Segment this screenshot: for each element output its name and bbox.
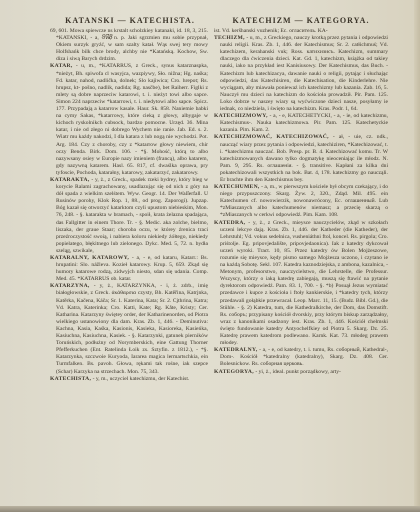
dictionary-entry: KATEDRALNY, - a, - e, od katedry, t. i. … bbox=[214, 347, 388, 368]
dictionary-entry: KATECHIZMOWY, - a, - e, KATECHETYCKI, - … bbox=[214, 113, 388, 134]
entry-text: - y, ż., z Greck., spadek rzeki bydrey, … bbox=[56, 177, 208, 254]
page-edge-bottom bbox=[0, 506, 420, 512]
header-left-text: KATANSKI — KATECHISTA. bbox=[65, 16, 195, 25]
dictionary-entry: KATECHUMEN, - a, m., w pierwszym kościel… bbox=[214, 184, 388, 219]
dictionary-entry: KATEDRA, - y, ż., z Greck., mieysce nauc… bbox=[214, 220, 388, 348]
dictionary-entry: KATECHISTA, - y, m., uczyciel katechizmu… bbox=[50, 376, 208, 383]
right-column: ist. Vd. keršhanski vuzhenik; Ec. oгласи… bbox=[214, 28, 388, 376]
entry-headword: KATARALNY, KATAROWY, bbox=[50, 255, 129, 261]
dictionary-entry: KATARAKTA, - y, ż., z Greck., spadek rze… bbox=[50, 177, 208, 255]
entry-text: - ał, - uie, cz. ndk., naucząć wiary prz… bbox=[220, 134, 388, 183]
entry-headword: KATECHISTA, bbox=[50, 376, 91, 382]
dictionary-entry: KATECHIZMOWAĆ, KATECHIZOWAĆ, - ał, - uie… bbox=[214, 134, 388, 184]
entry-text: - y, ż., z Greck., mieysce nauczycielów,… bbox=[220, 220, 388, 347]
page-edge-right bbox=[414, 0, 420, 508]
entry-headword: KATECHUMEN, bbox=[214, 184, 260, 190]
running-header-right: KATECHIZM — KATEGORYA. bbox=[214, 16, 388, 28]
entry-text: - y, m., uczyciel katechizmu, der Katech… bbox=[93, 376, 190, 382]
entry-text: - u, m., z Greckiego, nauczy krotką prze… bbox=[220, 35, 388, 112]
entry-headword: KATECHIZMOWY, bbox=[214, 113, 268, 119]
entry-headword: TECHIZM, bbox=[214, 35, 245, 41]
dictionary-entry: ist. Vd. keršhanski vuzhenik; Ec. oгласи… bbox=[214, 28, 388, 35]
entry-headword: KATECHIZMOWAĆ, KATECHIZOWAĆ, bbox=[214, 134, 329, 140]
entry-text: - u, m., *KATARRUS, z Greck., synus kata… bbox=[56, 63, 208, 175]
dictionary-entry: KATAR, - u, m., *KATARRUS, z Greck., syn… bbox=[50, 63, 208, 177]
entry-text: ist. Vd. keršhanski vuzhenik; Ec. oгласи… bbox=[214, 28, 328, 34]
entry-text: - yi, ż., ideal. punkt porządkowy, arty- bbox=[255, 369, 341, 375]
entry-text: - y, ż., KATARZYNKA, - i, ż. zdrb., imię… bbox=[56, 283, 208, 374]
dictionary-entry: TECHIZM, - u, m., z Greckiego, nauczy kr… bbox=[214, 35, 388, 113]
entry-headword: KATEDRALNY, bbox=[214, 347, 258, 353]
dictionary-entry: KATARZYNA, - y, ż., KATARZYNKA, - i, ż. … bbox=[50, 283, 208, 375]
entry-headword: KATAR, bbox=[50, 63, 73, 69]
left-column: 69, 601. Mowa spiewcze ns krstalt scholz… bbox=[50, 28, 208, 383]
entry-headword: KATARAKTA, bbox=[50, 177, 90, 183]
dictionary-entry: 69, 601. Mowa spiewcze ns krstalt scholz… bbox=[50, 28, 208, 63]
entry-headword: KATARZYNA, bbox=[50, 283, 90, 289]
dictionary-entry: KATARALNY, KATAROWY, - a, - e, od kataru… bbox=[50, 255, 208, 283]
dictionary-entry: KATEGORYA, - yi, ż., ideal. punkt porząd… bbox=[214, 369, 388, 376]
dictionary-page: 978 KATANSKI — KATECHISTA. KATECHIZM — K… bbox=[0, 0, 420, 508]
running-header-left: 978 KATANSKI — KATECHISTA. bbox=[50, 16, 210, 28]
entry-headword: KATEGORYA, bbox=[214, 369, 254, 375]
entry-text: 69, 601. Mowa spiewcze ns krstalt scholz… bbox=[50, 28, 208, 62]
entry-headword: KATEDRA, bbox=[214, 220, 245, 226]
